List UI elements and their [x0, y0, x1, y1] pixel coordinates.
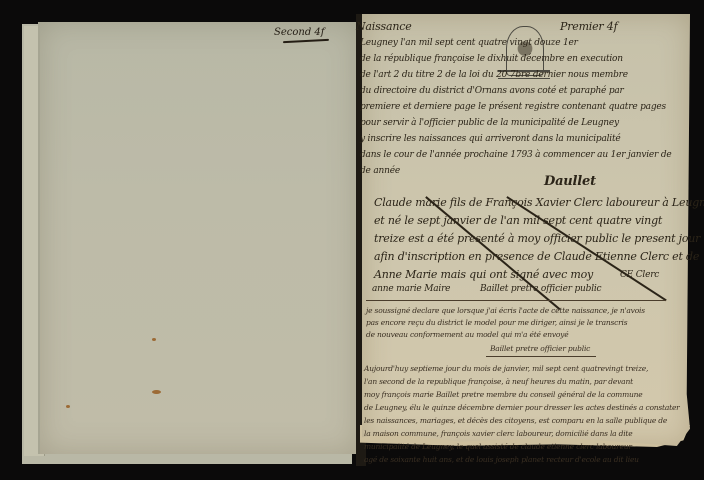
crossed-entry-line: et né le sept janvier de l'an mil sept c…: [374, 214, 662, 227]
crossed-entry-signature: anne marie Maire: [372, 284, 450, 294]
preamble-line: du directoire du district d'Ornans avons…: [360, 86, 624, 96]
crossed-entry-line: afin d'inscription en presence de Claude…: [374, 250, 699, 263]
foxing-stain: [66, 405, 70, 408]
preamble-line: dans le cour de l'année prochaine 1793 à…: [360, 150, 672, 160]
preamble-line: y inscrire les naissances qui arriveront…: [360, 134, 621, 144]
entry-separator: [366, 300, 666, 301]
note-line: je soussigné declare que lorsque j'ai éc…: [366, 306, 645, 315]
register-heading: Naissance: [356, 20, 412, 33]
note-signature: Baillet pretre officier public: [490, 344, 590, 353]
crossed-entry-line: Anne Marie mais qui ont signé avec moy: [374, 268, 593, 281]
foxing-stain: [152, 338, 156, 341]
preamble-signature: Daullet: [544, 174, 596, 189]
foxing-stain: [152, 390, 161, 394]
entry-line: l'an second de la republique françoise, …: [364, 377, 633, 386]
preamble-line: Leugney l'an mil sept cent quatre vingt …: [360, 38, 578, 48]
left-page-folio-note: Second 4f: [274, 27, 324, 38]
entry-line: la maison commune, françois xavier clerc…: [364, 429, 632, 438]
preamble-line: pour servir à l'officier public de la mu…: [360, 118, 619, 128]
preamble-line: premiere et derniere page le présent reg…: [360, 102, 666, 112]
preamble-line: de la république françoise le dixhuit dé…: [360, 54, 623, 64]
crossed-entry-line: treize est a été presenté à moy officier…: [374, 232, 700, 245]
entry-line: municipalité de Leugney, le quel assisté…: [364, 442, 632, 451]
entry-line: Aujourd'huy septieme jour du mois de jan…: [364, 364, 648, 373]
preamble-line: de année: [360, 166, 400, 176]
entry-line: agé de soixante huit ans, et de louis jo…: [364, 455, 639, 464]
left-page: [38, 22, 358, 454]
preamble-line: de l'art 2 du titre 2 de la loi du 20 7b…: [360, 70, 628, 80]
crossed-entry-line: Claude marie fils de François Xavier Cle…: [374, 196, 704, 209]
entry-line: de Leugney, élu le quinze décembre derni…: [364, 403, 680, 412]
entry-line: les naissances, mariages, et décès des c…: [364, 416, 667, 425]
note-line: pas encore reçu du district le model pou…: [366, 318, 627, 327]
fiscal-stamp-icon: [506, 26, 544, 76]
signature-underline: [486, 356, 596, 357]
folio-number: Premier 4f: [560, 20, 617, 33]
note-line: de nouveau conformement au model qui m'a…: [366, 330, 568, 339]
entry-line: moy françois marie Baillet pretre membre…: [364, 390, 642, 399]
